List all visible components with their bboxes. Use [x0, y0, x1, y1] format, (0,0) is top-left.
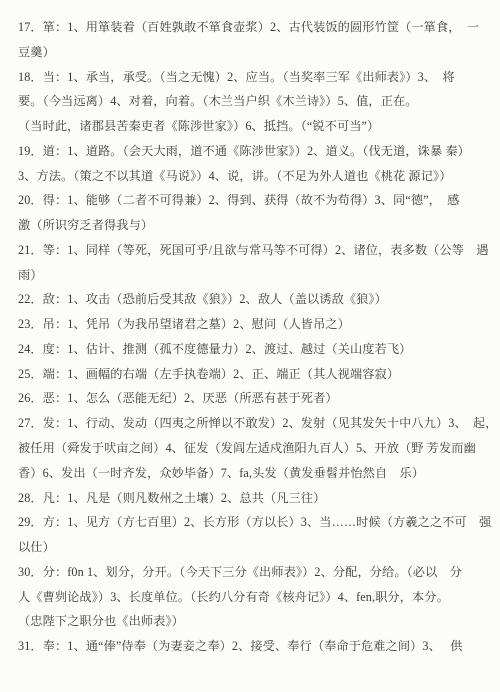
text-line: 17．箪：1、用箪装着（百姓孰敢不箪食壶浆）2、古代装饭的圆形竹筐（一箪食， 一: [18, 15, 482, 40]
document-page: 17．箪：1、用箪装着（百姓孰敢不箪食壶浆）2、古代装饭的圆形竹筐（一箪食， 一…: [0, 0, 500, 692]
text-line: 22．敌：1、攻击（恐前后受其敌《狼》）2、敌人（盖以诱敌《狼》）: [18, 287, 482, 312]
text-line: （忠陛下之职分也《出师表》）: [18, 609, 482, 634]
text-line: 27．发：1、行动、发动（四夷之所惮以不敢发）2、发射（见其发矢十中八九）3、 …: [18, 411, 482, 436]
text-line: 18．当：1、承当，承受。（当之无愧）2、应当。（当奖率三军《出师表》）3、 将: [18, 65, 482, 90]
text-line: 31．奉：1、通“俸”侍奉（为妻妾之奉）2、接受、奉行（奉命于危难之间）3、 供: [18, 634, 482, 659]
text-line: 28．凡：1、凡是（则凡数州之土壤）2、总共（凡三往）: [18, 486, 482, 511]
text-line: 23．吊：1、凭吊（为我吊望诸君之墓）2、慰问（人皆吊之）: [18, 312, 482, 337]
text-line: 雨）: [18, 263, 482, 288]
text-line: 豆羹）: [18, 40, 482, 65]
text-line: 3、方法。（策之不以其道《马说》）4、说，讲。（不足为外人道也《桃花 源记》）: [18, 164, 482, 189]
text-line: 30．分：f0n 1、划分，分开。（今天下三分《出师表》）2、分配，分给。（必以…: [18, 560, 482, 585]
text-line: 激（所识穷乏者得我与）: [18, 213, 482, 238]
text-line: 20．得：1、能够（二者不可得兼）2、得到、获得（故不为苟得）3、同“德”， 感: [18, 188, 482, 213]
text-line: 人《曹刿论战》）3、长度单位。（长约八分有奇《核舟记》）4、fen,职分，本分。: [18, 585, 482, 610]
text-line: 21．等：1、同样（等死，死国可乎/且欲与常马等不可得）2、诸位，表多数（公等 …: [18, 238, 482, 263]
text-line: 25．端：1、画幅的右端（左手执卷端）2、正、端正（其人视端容寂）: [18, 362, 482, 387]
text-line: 要。（今当远离）4、对着，向着。（木兰当户织《木兰诗》）5、值，正在。: [18, 89, 482, 114]
text-line: （当时此，诸郡县苦秦吏者《陈涉世家》）6、抵挡。（“锐不可当”）: [18, 114, 482, 139]
text-line: 香）6、发出（一时齐发，众妙毕备）7、fa,头发（黄发垂髫并怡然自 乐）: [18, 461, 482, 486]
text-line: 26．恶：1、怎么（恶能无纪）2、厌恶（所恶有甚于死者）: [18, 386, 482, 411]
text-line: 被任用（舜发于吠亩之间）4、征发（发闾左适戍渔阳九百人）5、开放（野 芳发而幽: [18, 436, 482, 461]
text-line: 29．方：1、见方（方七百里）2、长方形（方以长）3、当……时候（方羲之之不可 …: [18, 510, 482, 535]
text-line: 19．道：1、道路。（会天大雨，道不通《陈涉世家》）2、道义。（伐无道，诛暴 秦…: [18, 139, 482, 164]
text-line: 24．度：1、估计、推测（孤不度德量力）2、渡过、越过（关山度若飞）: [18, 337, 482, 362]
text-line: 以仕）: [18, 535, 482, 560]
